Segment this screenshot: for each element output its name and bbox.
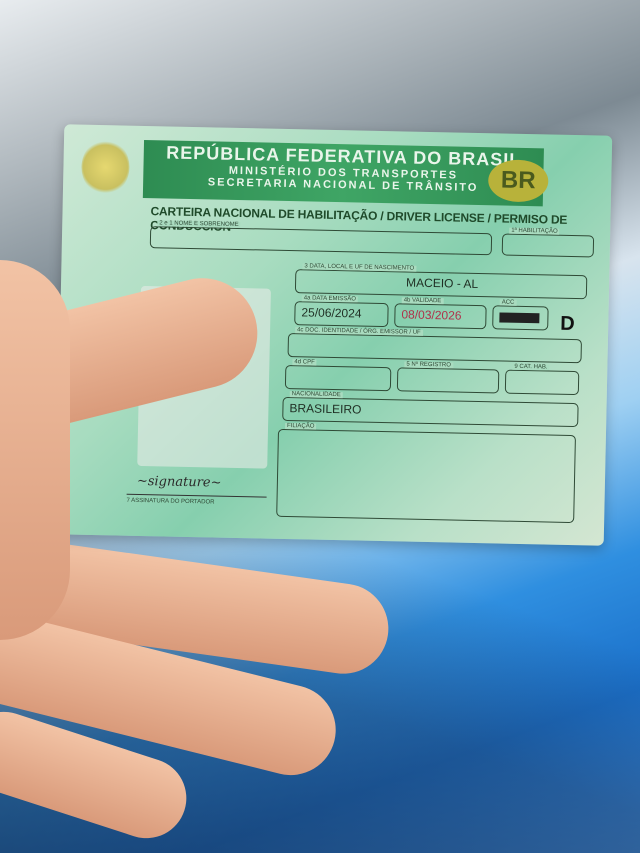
issue-date-value: 25/06/2024 <box>301 305 361 320</box>
signature-line <box>127 494 267 498</box>
acc-field: ACC <box>492 305 548 330</box>
signature: ~signature~ <box>137 474 222 491</box>
name-label: 2 e 1 NOME E SOBRENOME <box>157 220 240 228</box>
cpf-label: 4d CPF <box>292 359 316 366</box>
hand-palm <box>0 260 70 640</box>
issue-date-field: 4a DATA EMISSÃO 25/06/2024 <box>294 301 388 327</box>
acc-redacted <box>499 312 539 323</box>
coat-of-arms-icon <box>81 139 130 196</box>
birth-field: 3 DATA, LOCAL E UF DE NASCIMENTO MACEIO … <box>295 269 587 299</box>
first-license-field: 1ª HABILITAÇÃO <box>502 233 594 257</box>
filiation-field: FILIAÇÃO <box>276 429 576 523</box>
filiation-label: FILIAÇÃO <box>285 423 316 430</box>
issue-date-label: 4a DATA EMISSÃO <box>302 295 358 302</box>
birth-value: MACEIO - AL <box>406 276 478 292</box>
category-value: D <box>560 313 575 336</box>
birth-label: 3 DATA, LOCAL E UF DE NASCIMENTO <box>302 263 416 271</box>
cpf-field: 4d CPF <box>285 365 391 391</box>
nationality-value: BRASILEIRO <box>289 401 361 417</box>
validity-label: 4b VALIDADE <box>402 297 444 304</box>
cat-hab-field: 9 CAT. HAB. <box>505 370 579 396</box>
validity-field: 4b VALIDADE 08/03/2026 <box>394 303 486 329</box>
signature-label: 7 ASSINATURA DO PORTADOR <box>126 498 214 506</box>
first-license-label: 1ª HABILITAÇÃO <box>509 228 560 235</box>
doc-id-field: 4c DOC. IDENTIDADE / ÓRG. EMISSOR / UF <box>288 333 582 363</box>
registry-label: 5 Nº REGISTRO <box>404 361 453 368</box>
validity-value: 08/03/2026 <box>401 307 461 322</box>
acc-label: ACC <box>500 299 517 305</box>
header-banner: REPÚBLICA FEDERATIVA DO BRASIL MINISTÉRI… <box>143 140 544 206</box>
cat-hab-label: 9 CAT. HAB. <box>512 364 549 371</box>
doc-id-label: 4c DOC. IDENTIDADE / ÓRG. EMISSOR / UF <box>295 327 423 336</box>
nationality-label: NACIONALIDADE <box>290 391 343 398</box>
nationality-field: NACIONALIDADE BRASILEIRO <box>282 397 578 427</box>
registry-field: 5 Nº REGISTRO <box>397 367 499 393</box>
